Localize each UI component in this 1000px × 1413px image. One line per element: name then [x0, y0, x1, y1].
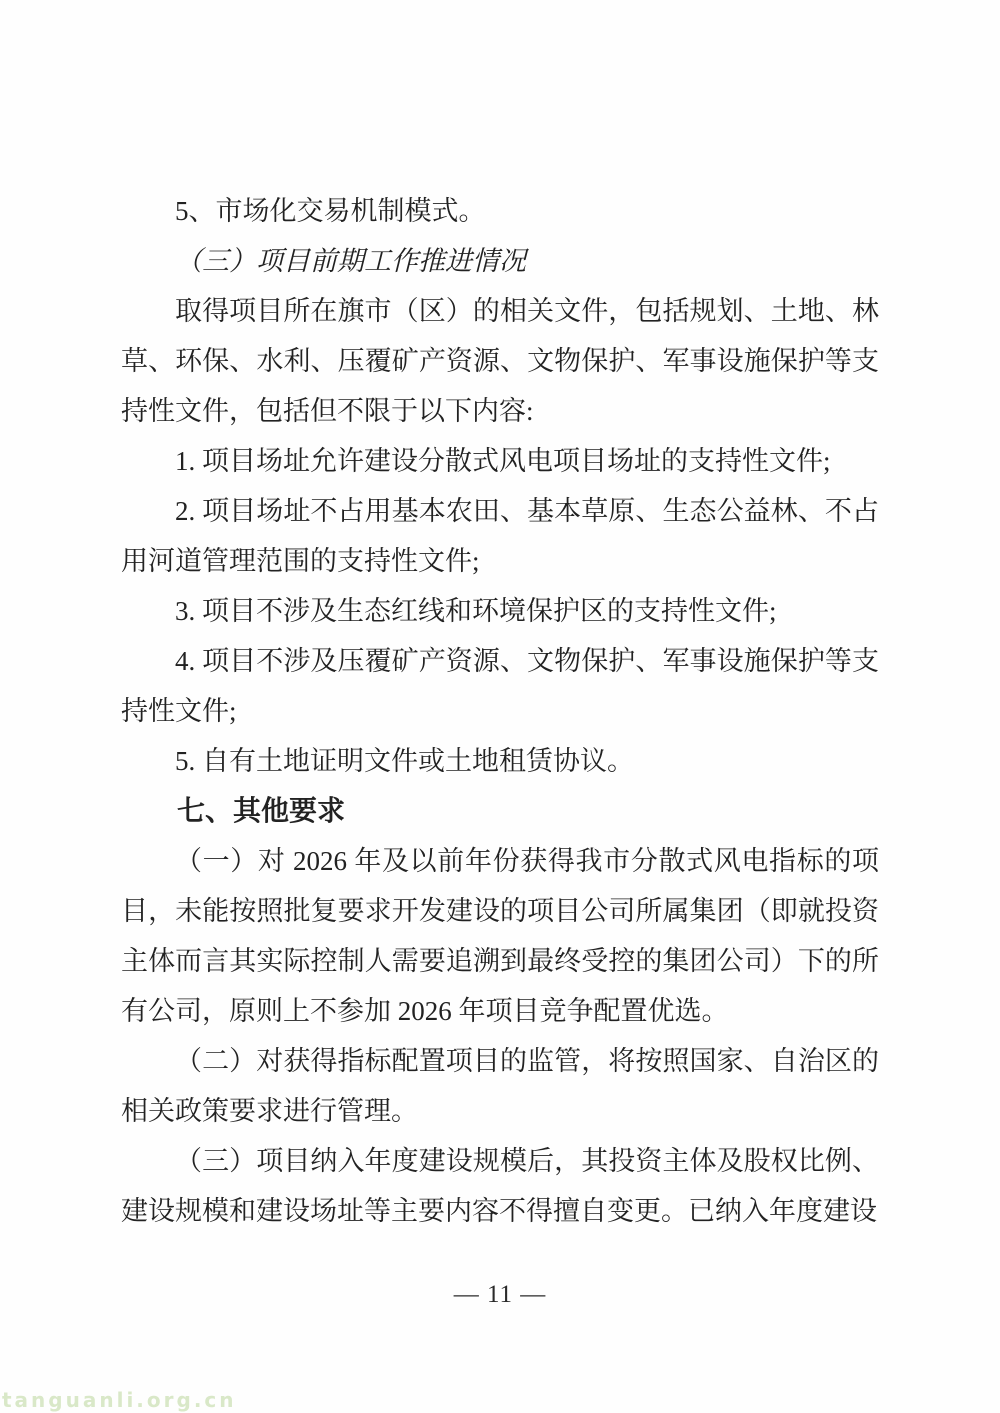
page-number: — 11 — — [0, 1281, 1000, 1309]
list-item-4-no-mineral-cultural-military: 4. 项目不涉及压覆矿产资源、文物保护、军事设施保护等支持性文件; — [121, 636, 879, 736]
watermark: tanguanli.org.cn — [2, 1388, 237, 1412]
list-item-1-site-permission: 1. 项目场址允许建设分散式风电项目场址的支持性文件; — [121, 436, 879, 486]
paragraph-supporting-documents-intro: 取得项目所在旗市（区）的相关文件，包括规划、土地、林草、环保、水利、压覆矿产资源… — [121, 286, 879, 436]
list-item-2-no-farmland-occupation: 2. 项目场址不占用基本农田、基本草原、生态公益林、不占用河道管理范围的支持性文… — [121, 486, 879, 586]
list-item-3-no-ecological-redline: 3. 项目不涉及生态红线和环境保护区的支持性文件; — [121, 586, 879, 636]
paragraph-other-requirements-3: （三）项目纳入年度建设规模后，其投资主体及股权比例、建设规模和建设场址等主要内容… — [121, 1136, 879, 1236]
subsection-heading-project-preliminary-work: （三）项目前期工作推进情况 — [121, 236, 879, 286]
paragraph-other-requirements-1: （一）对 2026 年及以前年份获得我市分散式风电指标的项目，未能按照批复要求开… — [121, 836, 879, 1036]
list-item-5-land-certificate: 5. 自有土地证明文件或土地租赁协议。 — [121, 736, 879, 786]
document-body: 5、市场化交易机制模式。 （三）项目前期工作推进情况 取得项目所在旗市（区）的相… — [121, 186, 879, 1236]
paragraph-other-requirements-2: （二）对获得指标配置项目的监管，将按照国家、自治区的相关政策要求进行管理。 — [121, 1036, 879, 1136]
document-page: 5、市场化交易机制模式。 （三）项目前期工作推进情况 取得项目所在旗市（区）的相… — [0, 0, 1000, 1413]
section-heading-other-requirements: 七、其他要求 — [121, 786, 879, 836]
list-item-5-market-mode: 5、市场化交易机制模式。 — [121, 186, 879, 236]
